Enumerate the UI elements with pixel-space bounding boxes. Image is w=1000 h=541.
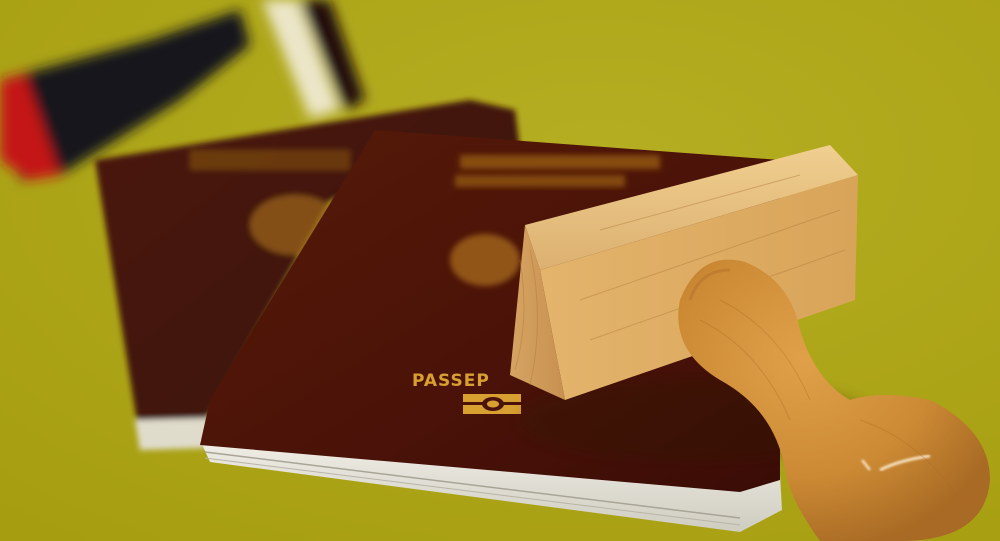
coat-of-arms-emblem — [450, 234, 520, 286]
photo-canvas: PASSEP — [0, 0, 1000, 541]
biometric-chip-icon — [463, 394, 521, 414]
passport-cover-text: PASSEP — [412, 371, 490, 391]
photo-scene: PASSEP — [0, 0, 1000, 541]
